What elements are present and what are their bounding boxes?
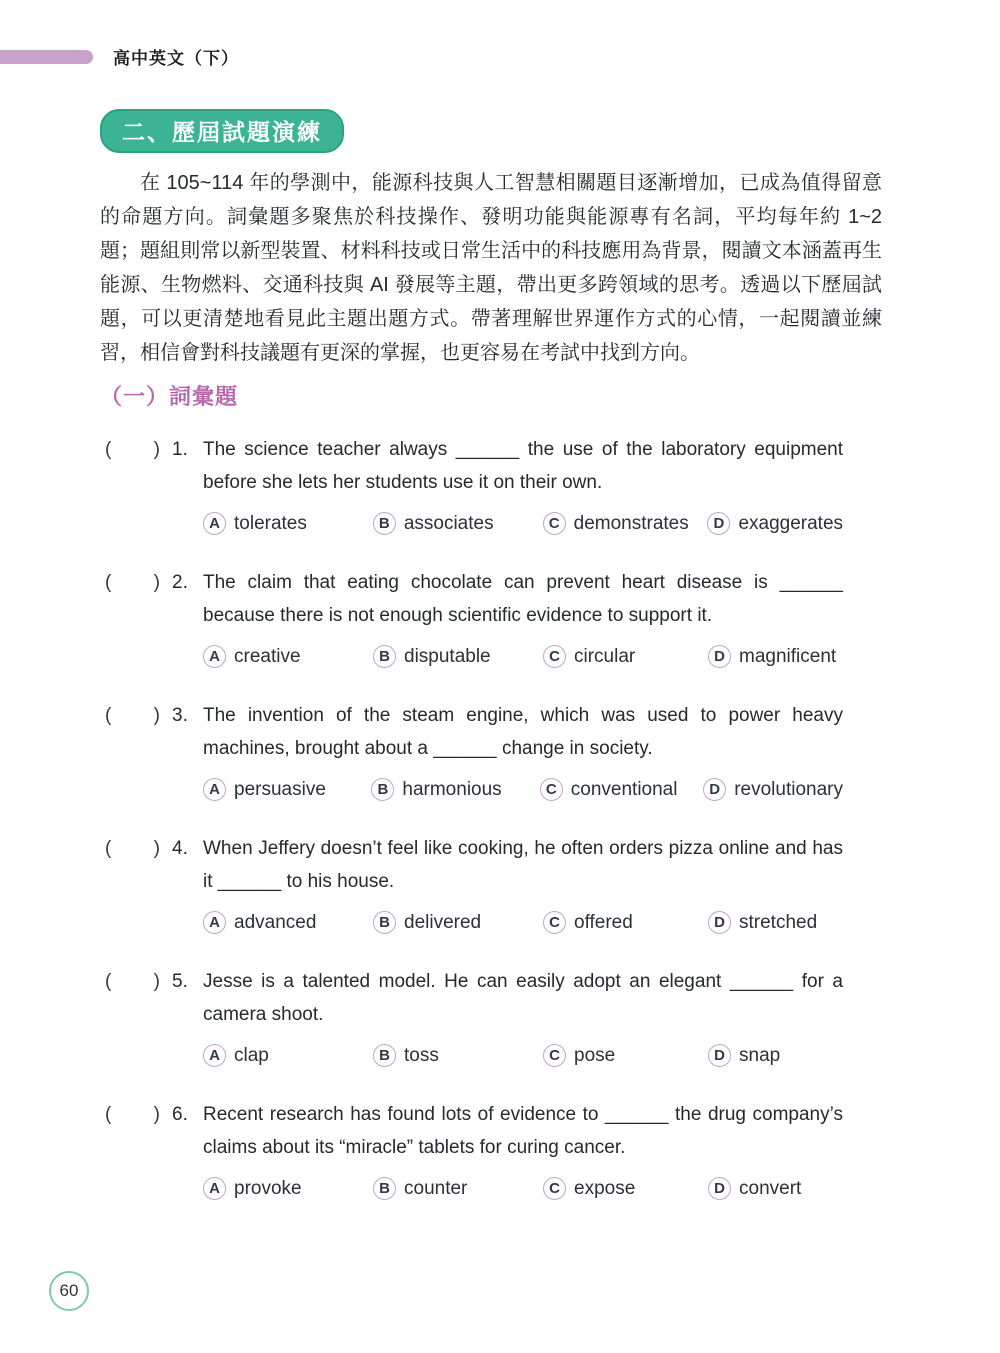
- question-body: Jesse is a talented model. He can easily…: [203, 965, 843, 1072]
- option-letter-circle: C: [543, 512, 566, 535]
- option-label: circular: [574, 640, 635, 673]
- option-label: disputable: [404, 640, 491, 673]
- option-letter-circle: D: [708, 1044, 731, 1067]
- option-label: toss: [404, 1039, 439, 1072]
- option-d: D magnificent: [708, 640, 843, 673]
- question-2: ( ) 2. The claim that eating chocolate c…: [100, 566, 882, 673]
- paren-close: ): [154, 965, 160, 1072]
- option-letter-circle: C: [543, 1177, 566, 1200]
- option-label: pose: [574, 1039, 615, 1072]
- options-row: A advanced B delivered C offered D stret…: [203, 906, 843, 939]
- paren-close: ): [154, 433, 160, 540]
- textbook-page: { "page": { "header_title": "高中英文（下）", "…: [0, 0, 1000, 1353]
- option-label: exaggerates: [738, 507, 843, 540]
- page-header: 高中英文（下）: [0, 44, 239, 69]
- question-number: 2.: [172, 566, 203, 673]
- question-list: ( ) 1. The science teacher always ______…: [100, 433, 882, 1231]
- option-letter-circle: D: [708, 645, 731, 668]
- paren-close: ): [154, 566, 160, 673]
- intro-paragraph: 在 105~114 年的學測中，能源科技與人工智慧相關題目逐漸增加，已成為值得留…: [100, 166, 882, 370]
- option-letter-circle: A: [203, 1177, 226, 1200]
- option-letter-circle: D: [703, 778, 726, 801]
- question-body: The science teacher always ______ the us…: [203, 433, 843, 540]
- header-accent-bar: [0, 50, 93, 64]
- question-number: 1.: [172, 433, 203, 540]
- question-number: 6.: [172, 1098, 203, 1205]
- option-letter-circle: D: [707, 512, 730, 535]
- question-text: The claim that eating chocolate can prev…: [203, 566, 843, 632]
- option-letter-circle: B: [371, 778, 394, 801]
- subsection-title: （一）詞彙題: [100, 380, 238, 411]
- option-label: advanced: [234, 906, 316, 939]
- option-b: B harmonious: [371, 773, 539, 806]
- question-text: Recent research has found lots of eviden…: [203, 1098, 843, 1164]
- paren-close: ): [154, 832, 160, 939]
- option-label: convert: [739, 1172, 801, 1205]
- option-label: revolutionary: [734, 773, 843, 806]
- option-a: A creative: [203, 640, 373, 673]
- question-body: Recent research has found lots of eviden…: [203, 1098, 843, 1205]
- question-number: 5.: [172, 965, 203, 1072]
- option-letter-circle: C: [543, 645, 566, 668]
- option-d: D stretched: [708, 906, 843, 939]
- paren-open: (: [105, 566, 111, 673]
- option-label: expose: [574, 1172, 635, 1205]
- option-label: harmonious: [402, 773, 501, 806]
- option-letter-circle: B: [373, 512, 396, 535]
- option-label: clap: [234, 1039, 269, 1072]
- option-b: B counter: [373, 1172, 543, 1205]
- options-row: A creative B disputable C circular D mag…: [203, 640, 843, 673]
- question-3: ( ) 3. The invention of the steam engine…: [100, 699, 882, 806]
- option-letter-circle: A: [203, 512, 226, 535]
- page-number-badge: 60: [49, 1271, 89, 1311]
- option-label: creative: [234, 640, 301, 673]
- option-letter-circle: D: [708, 1177, 731, 1200]
- paren-open: (: [105, 965, 111, 1072]
- option-d: D convert: [708, 1172, 843, 1205]
- option-c: C conventional: [540, 773, 703, 806]
- option-letter-circle: A: [203, 778, 226, 801]
- question-text: The invention of the steam engine, which…: [203, 699, 843, 765]
- question-text: Jesse is a talented model. He can easily…: [203, 965, 843, 1031]
- option-label: conventional: [571, 773, 678, 806]
- option-letter-circle: B: [373, 1044, 396, 1067]
- option-b: B associates: [373, 507, 543, 540]
- option-letter-circle: B: [373, 911, 396, 934]
- options-row: A tolerates B associates C demonstrates …: [203, 507, 843, 540]
- option-d: D revolutionary: [703, 773, 843, 806]
- option-letter-circle: A: [203, 1044, 226, 1067]
- answer-parentheses: ( ): [105, 965, 160, 1072]
- paren-open: (: [105, 832, 111, 939]
- option-label: tolerates: [234, 507, 307, 540]
- option-c: C pose: [543, 1039, 708, 1072]
- question-text: The science teacher always ______ the us…: [203, 433, 843, 499]
- option-c: C offered: [543, 906, 708, 939]
- question-body: When Jeffery doesn’t feel like cooking, …: [203, 832, 843, 939]
- answer-parentheses: ( ): [105, 832, 160, 939]
- paren-open: (: [105, 699, 111, 806]
- option-c: C circular: [543, 640, 708, 673]
- question-number: 4.: [172, 832, 203, 939]
- option-label: stretched: [739, 906, 817, 939]
- answer-parentheses: ( ): [105, 566, 160, 673]
- paren-open: (: [105, 1098, 111, 1205]
- options-row: A persuasive B harmonious C conventional…: [203, 773, 843, 806]
- option-label: provoke: [234, 1172, 302, 1205]
- option-b: B disputable: [373, 640, 543, 673]
- options-row: A clap B toss C pose D snap: [203, 1039, 843, 1072]
- question-4: ( ) 4. When Jeffery doesn’t feel like co…: [100, 832, 882, 939]
- question-5: ( ) 5. Jesse is a talented model. He can…: [100, 965, 882, 1072]
- option-d: D exaggerates: [707, 507, 843, 540]
- answer-parentheses: ( ): [105, 699, 160, 806]
- option-letter-circle: C: [543, 1044, 566, 1067]
- question-body: The invention of the steam engine, which…: [203, 699, 843, 806]
- option-label: associates: [404, 507, 494, 540]
- option-letter-circle: D: [708, 911, 731, 934]
- option-a: A provoke: [203, 1172, 373, 1205]
- option-a: A tolerates: [203, 507, 373, 540]
- answer-parentheses: ( ): [105, 433, 160, 540]
- option-a: A clap: [203, 1039, 373, 1072]
- question-6: ( ) 6. Recent research has found lots of…: [100, 1098, 882, 1205]
- option-label: magnificent: [739, 640, 836, 673]
- option-a: A persuasive: [203, 773, 371, 806]
- book-title: 高中英文（下）: [113, 44, 239, 69]
- option-letter-circle: C: [543, 911, 566, 934]
- option-label: persuasive: [234, 773, 326, 806]
- paren-close: ): [154, 1098, 160, 1205]
- question-number: 3.: [172, 699, 203, 806]
- question-body: The claim that eating chocolate can prev…: [203, 566, 843, 673]
- option-label: delivered: [404, 906, 481, 939]
- option-d: D snap: [708, 1039, 843, 1072]
- option-letter-circle: A: [203, 645, 226, 668]
- option-b: B toss: [373, 1039, 543, 1072]
- option-letter-circle: B: [373, 645, 396, 668]
- option-letter-circle: B: [373, 1177, 396, 1200]
- option-c: C demonstrates: [543, 507, 708, 540]
- paren-close: ): [154, 699, 160, 806]
- question-text: When Jeffery doesn’t feel like cooking, …: [203, 832, 843, 898]
- option-a: A advanced: [203, 906, 373, 939]
- option-label: offered: [574, 906, 633, 939]
- option-label: counter: [404, 1172, 467, 1205]
- option-label: demonstrates: [574, 507, 689, 540]
- option-label: snap: [739, 1039, 780, 1072]
- option-c: C expose: [543, 1172, 708, 1205]
- section-badge: 二、歷屆試題演練: [100, 109, 344, 153]
- options-row: A provoke B counter C expose D convert: [203, 1172, 843, 1205]
- question-1: ( ) 1. The science teacher always ______…: [100, 433, 882, 540]
- option-b: B delivered: [373, 906, 543, 939]
- option-letter-circle: A: [203, 911, 226, 934]
- answer-parentheses: ( ): [105, 1098, 160, 1205]
- paren-open: (: [105, 433, 111, 540]
- option-letter-circle: C: [540, 778, 563, 801]
